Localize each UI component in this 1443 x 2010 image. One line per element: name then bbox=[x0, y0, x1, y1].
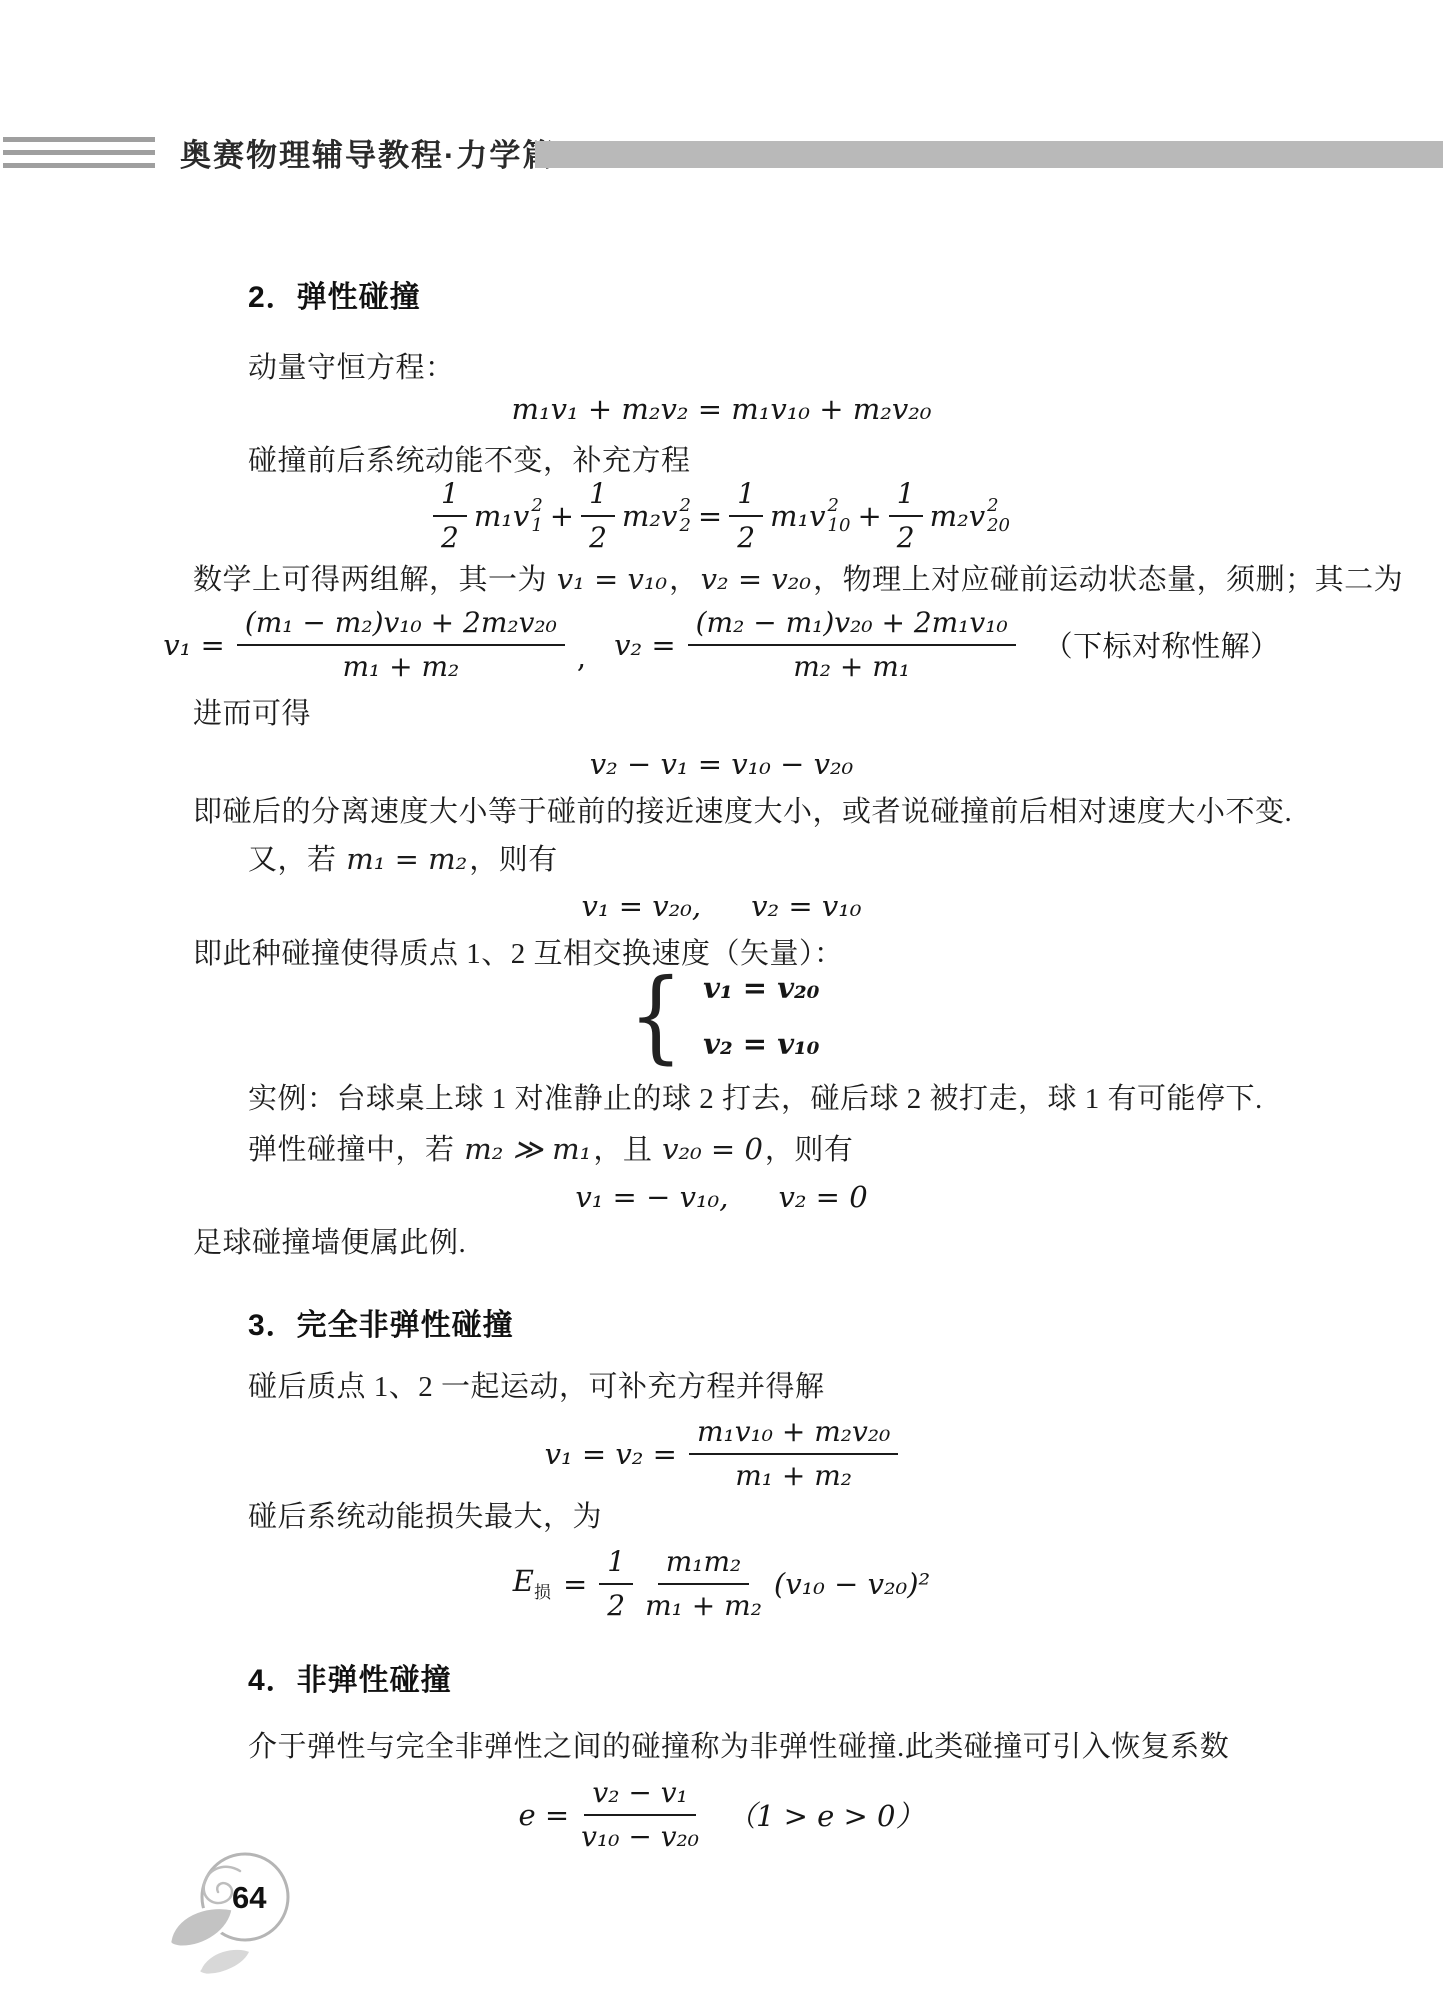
leaf-icon bbox=[170, 1908, 233, 1947]
fraction: v₂ − v₁v₁₀ − v₂₀ bbox=[581, 1776, 699, 1853]
subscript: 10 bbox=[828, 516, 851, 536]
equation-energy-loss: E损 = 12 m₁m₂m₁ + m₂ (v₁₀ − v₂₀)² bbox=[150, 1545, 1293, 1622]
fraction: (m₂ − m₁)v₂₀ + 2m₁v₁₀m₂ + m₁ bbox=[688, 606, 1016, 683]
equation-velocity-swap: v₁ = v₂₀, v₂ = v₁₀ bbox=[150, 889, 1293, 923]
paragraph-if-equal-mass: 又，若 m₁ = m₂，则有 bbox=[248, 841, 558, 878]
math-expression: v₂ − v₁ = v₁₀ − v₂₀ bbox=[590, 747, 854, 781]
page-number: 64 bbox=[232, 1880, 266, 1916]
fraction-numerator: 1 bbox=[599, 1545, 633, 1585]
fraction-numerator: 1 bbox=[889, 477, 923, 517]
system-line-2: v₂ = v₁₀ bbox=[703, 1027, 819, 1061]
fraction-denominator: m₂ + m₁ bbox=[793, 646, 910, 684]
inline-math: v₁ = v₁₀ bbox=[555, 562, 669, 596]
fraction: (m₁ − m₂)v₁₀ + 2m₂v₂₀m₁ + m₂ bbox=[237, 606, 565, 683]
fraction-numerator: v₂ − v₁ bbox=[584, 1776, 695, 1816]
paragraph-two-solutions: 数学上可得两组解，其一为 v₁ = v₁₀，v₂ = v₂₀，物理上对应碰前运动… bbox=[193, 561, 1403, 598]
math-expression: v₂ = v₁₀ bbox=[751, 889, 861, 923]
fraction-numerator: 1 bbox=[433, 477, 467, 517]
math-term: m₁v210 bbox=[770, 496, 850, 536]
paragraph-move-together: 碰后质点 1、2 一起运动，可补充方程并得解 bbox=[248, 1369, 825, 1405]
paragraph-thus: 进而可得 bbox=[193, 696, 311, 732]
paragraph-exchange-velocity: 即此种碰撞使得质点 1、2 互相交换速度（矢量）： bbox=[193, 936, 844, 972]
stacked-script: 210 bbox=[828, 496, 851, 536]
fraction-numerator: m₁m₂ bbox=[658, 1545, 750, 1585]
header-bar bbox=[535, 141, 1443, 168]
inline-math: v₂ = v₂₀ bbox=[699, 562, 813, 596]
equation-note: （下标对称性解） bbox=[1044, 624, 1280, 665]
math-expression: (v₁₀ − v₂₀)² bbox=[774, 1567, 930, 1601]
math-lhs: e = bbox=[518, 1798, 569, 1832]
system-line-1: v₁ = v₂₀ bbox=[703, 971, 819, 1005]
fraction-denominator: m₁ + m₂ bbox=[735, 1455, 852, 1493]
plus-operator: + bbox=[550, 499, 574, 533]
math-term: m₂v220 bbox=[930, 496, 1010, 536]
fraction-denominator: m₁ + m₂ bbox=[645, 1585, 762, 1623]
paragraph-separation-speed: 即碰后的分离速度大小等于碰前的接近速度大小，或者说碰撞前后相对速度大小不变. bbox=[193, 794, 1292, 830]
equation-restitution-coefficient: e = v₂ − v₁v₁₀ − v₂₀ （1 > e > 0） bbox=[150, 1776, 1293, 1853]
leaf-icon bbox=[199, 1948, 251, 1975]
subscript: 2 bbox=[679, 516, 690, 536]
paragraph-billiard-example: 实例：台球桌上球 1 对准静止的球 2 打去，碰后球 2 被打走，球 1 有可能… bbox=[248, 1081, 1263, 1117]
inline-math: v₂₀ = 0 bbox=[660, 1132, 765, 1166]
fraction-denominator: 2 bbox=[897, 517, 915, 555]
inline-math: m₁ = m₂ bbox=[344, 842, 469, 876]
term-base: E bbox=[513, 1564, 534, 1598]
equation-system-lines: v₁ = v₂₀ v₂ = v₁₀ bbox=[703, 971, 819, 1061]
fraction-denominator: 2 bbox=[441, 517, 459, 555]
equation-momentum-conservation: m₁v₁ + m₂v₂ = m₁v₁₀ + m₂v₂₀ bbox=[150, 392, 1293, 426]
textbook-page: 奥赛物理辅导教程·力学篇 2．弹性碰撞 动量守恒方程： m₁v₁ + m₂v₂ … bbox=[0, 0, 1443, 2010]
equation-wall-bounce: v₁ = − v₁₀, v₂ = 0 bbox=[150, 1180, 1293, 1214]
equation-relative-velocity: v₂ − v₁ = v₁₀ − v₂₀ bbox=[150, 747, 1293, 781]
math-lhs: v₁ = bbox=[163, 628, 225, 662]
section-heading-elastic-collision: 2．弹性碰撞 bbox=[248, 272, 421, 316]
comma-separator: , bbox=[577, 640, 586, 674]
paragraph-elastic-condition: 弹性碰撞中，若 m₂ ≫ m₁，且 v₂₀ = 0，则有 bbox=[248, 1131, 853, 1168]
term-base: m₁v bbox=[770, 499, 826, 533]
text-run: 又，若 bbox=[248, 844, 344, 876]
inline-math: m₂ ≫ m₁ bbox=[462, 1132, 593, 1166]
stacked-script: 22 bbox=[679, 496, 690, 536]
equation-kinetic-energy: 12 m₁v21 + 12 m₂v22 = 12 m₁v210 + 12 m₂v… bbox=[150, 477, 1293, 554]
subscript: 1 bbox=[531, 516, 542, 536]
paragraph-restitution-intro: 介于弹性与完全非弹性之间的碰撞称为非弹性碰撞.此类碰撞可引入恢复系数 bbox=[248, 1729, 1229, 1765]
equation-common-velocity: v₁ = v₂ = m₁v₁₀ + m₂v₂₀m₁ + m₂ bbox=[150, 1415, 1293, 1492]
equation-note: （1 > e > 0） bbox=[727, 1794, 925, 1835]
paragraph-ke-supplement: 碰撞前后系统动能不变，补充方程 bbox=[248, 443, 691, 479]
math-expression: v₁ = − v₁₀, bbox=[575, 1180, 728, 1214]
fraction: m₁v₁₀ + m₂v₂₀m₁ + m₂ bbox=[689, 1415, 898, 1492]
fraction-half: 12 bbox=[581, 477, 615, 554]
equals-operator: = bbox=[563, 1567, 587, 1601]
text-run: ，则有 bbox=[469, 844, 558, 876]
header-rule-middle bbox=[3, 150, 155, 155]
math-term: m₂v22 bbox=[622, 496, 691, 536]
term-base: m₂v bbox=[930, 499, 986, 533]
paragraph-football-wall: 足球碰撞墙便属此例. bbox=[193, 1225, 466, 1261]
fraction-denominator: 2 bbox=[607, 1585, 625, 1623]
superscript: 2 bbox=[531, 496, 542, 516]
math-expression: v₂ = 0 bbox=[778, 1180, 867, 1214]
page-footer-decoration bbox=[150, 1845, 340, 2005]
math-expression: m₁v₁ + m₂v₂ = m₁v₁₀ + m₂v₂₀ bbox=[512, 392, 932, 426]
fraction: m₁m₂m₁ + m₂ bbox=[645, 1545, 762, 1622]
plus-operator: + bbox=[857, 499, 881, 533]
equation-elastic-solution: v₁ = (m₁ − m₂)v₁₀ + 2m₂v₂₀m₁ + m₂ , v₂ =… bbox=[150, 606, 1293, 683]
fraction-numerator: 1 bbox=[581, 477, 615, 517]
term-base: m₁v bbox=[474, 499, 530, 533]
fraction-half: 12 bbox=[599, 1545, 633, 1622]
equals-operator: = bbox=[698, 499, 722, 533]
text-run: ，则有 bbox=[765, 1134, 854, 1166]
fraction-numerator: (m₂ − m₁)v₂₀ + 2m₁v₁₀ bbox=[688, 606, 1016, 646]
superscript: 2 bbox=[679, 496, 690, 516]
text-run: ， bbox=[669, 564, 699, 596]
superscript: 2 bbox=[828, 496, 839, 516]
math-lhs: v₂ = bbox=[614, 628, 676, 662]
text-run: 弹性碰撞中，若 bbox=[248, 1134, 462, 1166]
text-run: ，且 bbox=[593, 1134, 660, 1166]
fraction-denominator: m₁ + m₂ bbox=[342, 646, 459, 684]
fraction-numerator: m₁v₁₀ + m₂v₂₀ bbox=[689, 1415, 898, 1455]
fraction-numerator: 1 bbox=[729, 477, 763, 517]
term-base: m₂v bbox=[622, 499, 678, 533]
paragraph-momentum-intro: 动量守恒方程： bbox=[248, 350, 455, 386]
math-lhs: v₁ = v₂ = bbox=[545, 1437, 677, 1471]
fraction-denominator: v₁₀ − v₂₀ bbox=[581, 1816, 699, 1854]
superscript: 2 bbox=[987, 496, 998, 516]
section-heading-inelastic: 4．非弹性碰撞 bbox=[248, 1655, 452, 1699]
stacked-script: 21 bbox=[531, 496, 542, 536]
text-run: ，物理上对应碰前运动状态量，须删；其二为 bbox=[813, 564, 1403, 596]
header-rule-bottom bbox=[3, 163, 155, 168]
running-header-title: 奥赛物理辅导教程·力学篇 bbox=[180, 130, 555, 175]
fraction-denominator: 2 bbox=[737, 517, 755, 555]
fraction-numerator: (m₁ − m₂)v₁₀ + 2m₂v₂₀ bbox=[237, 606, 565, 646]
math-term: m₁v21 bbox=[474, 496, 543, 536]
subscript-label: 损 bbox=[534, 1583, 551, 1603]
text-run: 数学上可得两组解，其一为 bbox=[193, 564, 555, 596]
left-brace: { bbox=[628, 968, 682, 1063]
header-rule-top bbox=[3, 137, 155, 142]
fraction-half: 12 bbox=[433, 477, 467, 554]
subscript: 20 bbox=[987, 516, 1010, 536]
stacked-script: 220 bbox=[987, 496, 1010, 536]
equation-exchange-system: { v₁ = v₂₀ v₂ = v₁₀ bbox=[150, 968, 1293, 1063]
fraction-half: 12 bbox=[889, 477, 923, 554]
section-heading-perfectly-inelastic: 3．完全非弹性碰撞 bbox=[248, 1300, 514, 1344]
fraction-denominator: 2 bbox=[589, 517, 607, 555]
paragraph-max-energy-loss: 碰后系统动能损失最大，为 bbox=[248, 1499, 602, 1535]
fraction-half: 12 bbox=[729, 477, 763, 554]
math-term: E损 bbox=[513, 1564, 551, 1603]
math-expression: v₁ = v₂₀, bbox=[582, 889, 702, 923]
